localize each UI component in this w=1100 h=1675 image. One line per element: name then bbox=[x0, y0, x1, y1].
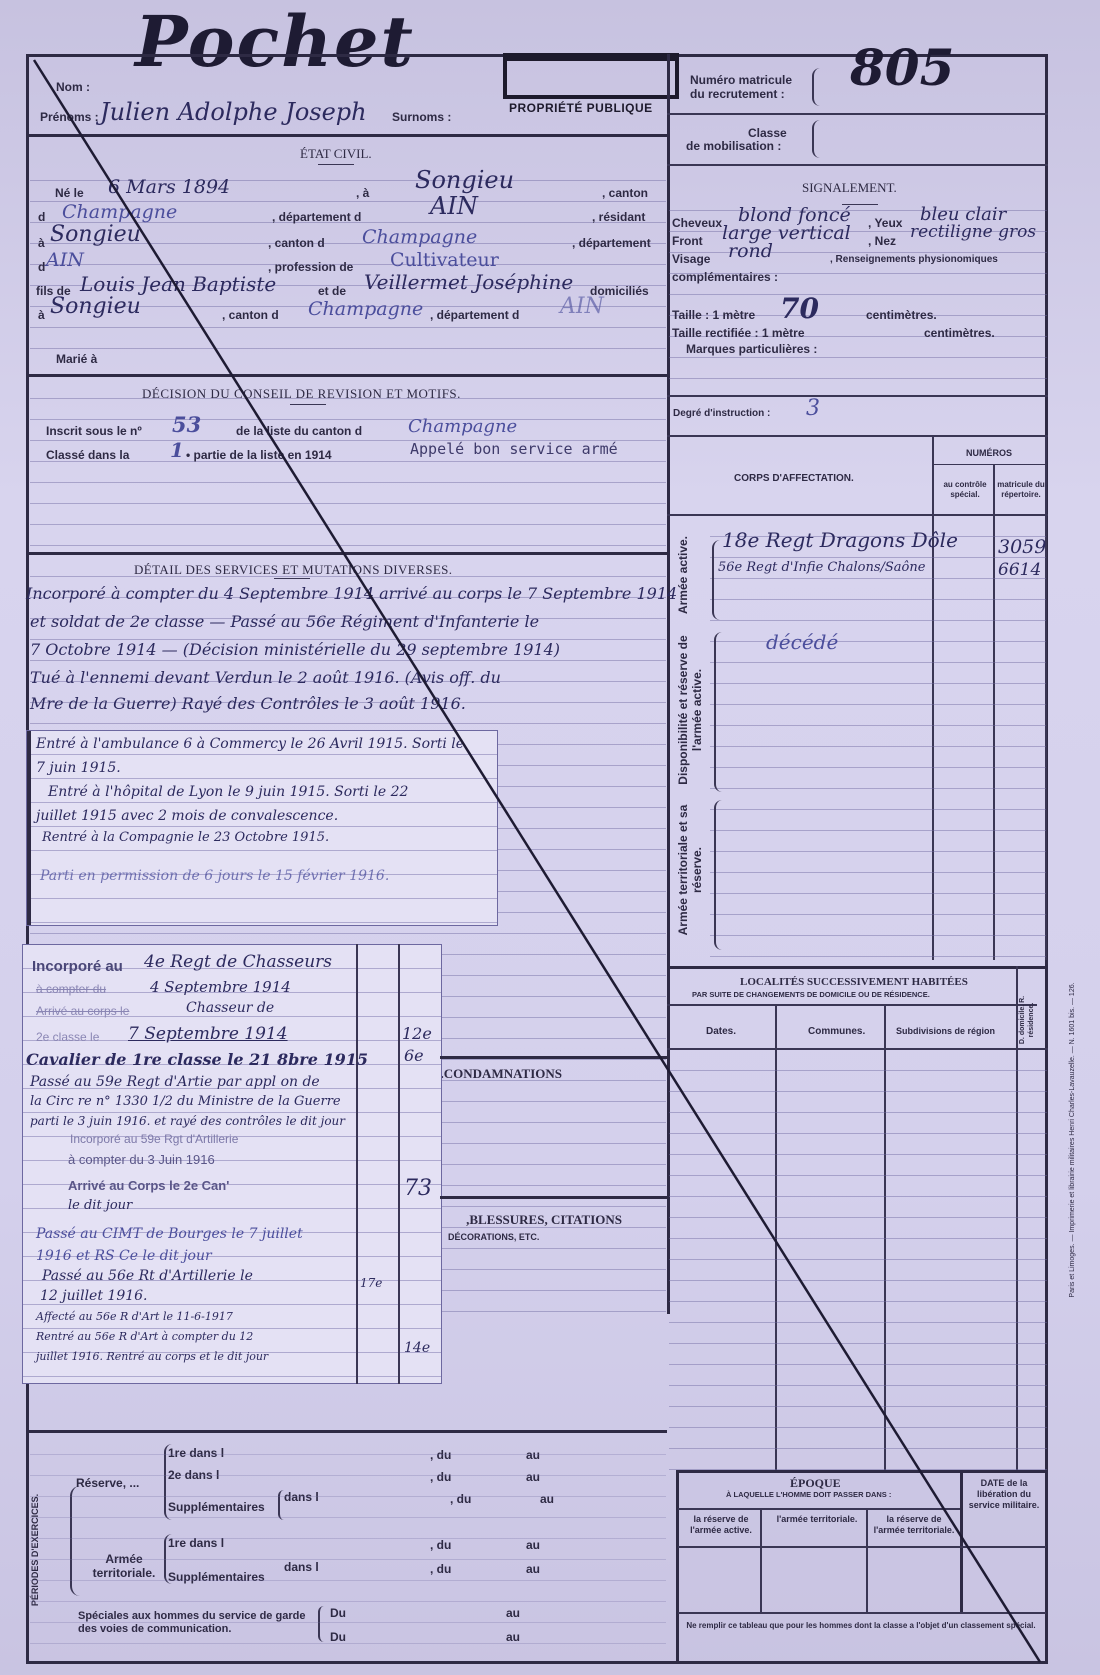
printer-margin-text: Paris et Limoges. — Imprimerie et librai… bbox=[1066, 820, 1080, 1460]
instruction-value: 3 bbox=[806, 396, 820, 421]
slip1-line-5: Rentré à la Compagnie le 23 Octobre 1915… bbox=[42, 830, 329, 845]
matricule-label-1: Numéro matricule bbox=[690, 73, 792, 87]
etat-civil-title: ÉTAT CIVIL. bbox=[300, 146, 372, 162]
slip2-line-12: 12 juillet 1916. bbox=[40, 1288, 148, 1304]
residant-canton-label: , canton d bbox=[268, 236, 325, 250]
blessures-title: BLESSURES, CITATIONS, bbox=[442, 1212, 622, 1228]
slip2-classe-value: 7 Septembre 1914 bbox=[128, 1024, 288, 1044]
epoque-col-1: la réserve de l'armée active. bbox=[684, 1514, 758, 1536]
taille-rectifiee-label: Taille rectifiée : 1 mètre bbox=[672, 326, 805, 340]
slip2-line-11: Passé au 56e Rt d'Artillerie le bbox=[42, 1268, 253, 1284]
services-line-4: Tué à l'ennemi devant Verdun le 2 août 1… bbox=[30, 668, 501, 687]
taille-label: Taille : 1 mètre bbox=[672, 308, 755, 322]
residant-departement-prefix: d bbox=[38, 260, 45, 274]
slip2-line-13: Affecté au 56e R d'Art le 11-6-1917 bbox=[36, 1310, 233, 1323]
residant-label: , résidant bbox=[592, 210, 645, 224]
corps-entry-3: décédé bbox=[766, 630, 838, 654]
domicile-canton-label: , canton d bbox=[222, 308, 279, 322]
nom-label: Nom : bbox=[56, 80, 90, 94]
slip1-line-3: Entré à l'hôpital de Lyon le 9 juin 1915… bbox=[48, 784, 408, 800]
epoque-col-3: la réserve de l'armée territoriale. bbox=[870, 1514, 958, 1536]
inscrit-label: Inscrit sous le nº bbox=[46, 424, 142, 438]
slip2-line-2: Passé au 59e Regt d'Artie par appl on de bbox=[30, 1074, 320, 1090]
slip1-line-6: Parti en permission de 6 jours le 15 fév… bbox=[40, 868, 389, 884]
slip2-col-value-3: 73 bbox=[404, 1176, 432, 1201]
slip2-arrive-label: Arrivé au corps le bbox=[36, 1004, 129, 1018]
slip2-arrive-value: Chasseur de bbox=[186, 1000, 274, 1016]
marie-label: Marié à bbox=[56, 352, 97, 366]
residant-departement-value: AIN bbox=[46, 249, 84, 271]
localites-col-communes: Communes. bbox=[808, 1026, 865, 1037]
epoque-subtitle: À LAQUELLE L'HOMME DOIT PASSER DANS : bbox=[726, 1490, 891, 1499]
surnoms-label: Surnoms : bbox=[392, 110, 451, 124]
slip2-line-9: Passé au CIMT de Bourges le 7 juillet bbox=[36, 1226, 303, 1242]
classe-label-1: Classe bbox=[748, 126, 787, 140]
residant-value: Songieu bbox=[50, 222, 141, 247]
localites-col-dates: Dates. bbox=[706, 1026, 736, 1037]
ne-le-value: 6 Mars 1894 bbox=[108, 176, 230, 198]
domicile-value: Songieu bbox=[50, 294, 141, 319]
domicile-departement-label: , département d bbox=[430, 308, 519, 322]
numeros-title: NUMÉROS bbox=[966, 448, 1012, 458]
profession-value: Cultivateur bbox=[390, 249, 499, 271]
residant-prefix: à bbox=[38, 236, 45, 250]
section-armee-active-label: Armée active. bbox=[676, 525, 690, 625]
domicile-departement-value: AIN bbox=[560, 294, 604, 319]
propriete-publique-stamp: PROPRIÉTÉ PUBLIQUE bbox=[503, 53, 683, 123]
renseignements-label: , Renseignements physionomiques bbox=[830, 254, 998, 265]
ne-le-label: Né le bbox=[55, 186, 84, 200]
a-label: , à bbox=[356, 186, 369, 200]
localites-subtitle: PAR SUITE DE CHANGEMENTS DE DOMICILE OU … bbox=[692, 990, 930, 999]
profession-label: , profession de bbox=[268, 260, 353, 274]
canton-value: Champagne bbox=[62, 201, 177, 223]
services-line-3: 7 Octobre 1914 — (Décision ministérielle… bbox=[30, 640, 560, 659]
slip2-line-15: juillet 1916. Rentré au corps et le dit … bbox=[36, 1350, 268, 1363]
signalement-title: SIGNALEMENT. bbox=[802, 180, 897, 196]
corps-affectation-title: CORPS D'AFFECTATION. bbox=[734, 473, 854, 484]
epoque-footnote: Ne remplir ce tableau que pour les homme… bbox=[686, 1620, 1036, 1631]
yeux-label: , Yeux bbox=[868, 216, 902, 230]
classe-dans-value: 1 bbox=[170, 438, 184, 462]
services-line-5: Mre de la Guerre) Rayé des Contrôles le … bbox=[30, 694, 466, 713]
taille-value: 70 bbox=[780, 292, 819, 325]
classe-label-2: de mobilisation : bbox=[686, 139, 781, 153]
taille-rectifiee-unit: centimètres. bbox=[924, 326, 995, 340]
slip2-col-value-5: 14e bbox=[404, 1340, 430, 1356]
prenoms-label: Prénoms : bbox=[40, 110, 99, 124]
matricule-value: 805 bbox=[850, 38, 954, 97]
col-matricule-header: matricule du répertoire. bbox=[996, 480, 1046, 500]
slip2-line-14: Rentré au 56e R d'Art à compter du 12 bbox=[36, 1330, 253, 1343]
cheveux-label: Cheveux bbox=[672, 216, 722, 230]
registre-matricule-page: Pochet Nom : Prénoms : Julien Adolphe Jo… bbox=[0, 0, 1100, 1675]
prenoms-value: Julien Adolphe Joseph bbox=[100, 98, 367, 126]
slip2-incorpore-value: 4e Regt de Chasseurs bbox=[144, 952, 332, 972]
slip1-line-2: 7 juin 1915. bbox=[36, 760, 121, 776]
slip2-line-6: à compter du 3 Juin 1916 bbox=[68, 1152, 215, 1167]
visage-value: rond bbox=[728, 240, 773, 262]
slip2-col-value-2: 6e bbox=[404, 1046, 424, 1065]
slip2-line-4: parti le 3 juin 1916. et rayé des contrô… bbox=[30, 1114, 345, 1128]
domicile-canton-value: Champagne bbox=[308, 298, 423, 320]
liste-label: de la liste du canton d bbox=[236, 424, 362, 438]
slip2-a-compter-value: 4 Septembre 1914 bbox=[150, 978, 291, 996]
pere-value: Louis Jean Baptiste bbox=[80, 272, 276, 296]
section-disponibilite-label: Disponibilité et réserve de l'armée acti… bbox=[676, 630, 710, 790]
col-controle-header: au contrôle spécial. bbox=[938, 480, 992, 500]
slip2-line-5: Incorporé au 59e Rgt d'Artillerie bbox=[70, 1132, 238, 1146]
domicile-prefix: à bbox=[38, 308, 45, 322]
front-label: Front bbox=[672, 234, 703, 248]
classe-dans-label: Classé dans la bbox=[46, 448, 129, 462]
inscrit-value: 53 bbox=[172, 412, 201, 437]
nez-label: , Nez bbox=[868, 234, 896, 248]
slip2-col-value-1: 12e bbox=[402, 1024, 432, 1043]
partie-label: • partie de la liste en 1914 bbox=[186, 448, 332, 462]
slip2-col-value-4: 17e bbox=[360, 1276, 382, 1290]
slip1-line-1: Entré à l'ambulance 6 à Commercy le 26 A… bbox=[36, 736, 464, 752]
localites-col-subdivisions: Subdivisions de région bbox=[896, 1026, 995, 1036]
slip2-a-compter-label: à compter du bbox=[36, 982, 106, 996]
slip2-line-1: Cavalier de 1re classe le 21 8bre 1915 bbox=[26, 1050, 368, 1069]
slip2-line-10: 1916 et RS Ce le dit jour bbox=[36, 1248, 212, 1264]
canton-label: , canton bbox=[602, 186, 648, 200]
a-value: Songieu bbox=[415, 166, 514, 194]
residant-departement-label: , département bbox=[572, 236, 651, 250]
marques-label: Marques particulières : bbox=[686, 342, 817, 356]
residant-canton-value: Champagne bbox=[362, 226, 477, 248]
classe-note: Appelé bon service armé bbox=[410, 440, 618, 458]
blessures-subtitle: DÉCORATIONS, ETC. bbox=[448, 1232, 539, 1242]
slip2-line-8: le dit jour bbox=[68, 1198, 132, 1213]
epoque-col-4: DATE de la libération du service militai… bbox=[964, 1478, 1044, 1511]
canton-prefix: d bbox=[38, 210, 45, 224]
liste-value: Champagne bbox=[408, 416, 517, 437]
taille-unit: centimètres. bbox=[866, 308, 937, 322]
nez-value: rectiligne gros bbox=[910, 222, 1036, 242]
services-line-1: Incorporé à compter du 4 Septembre 1914 … bbox=[26, 584, 677, 603]
mere-value: Veillermet Joséphine bbox=[364, 270, 573, 294]
visage-label: Visage bbox=[672, 252, 710, 266]
numero-entry-1: 3059 bbox=[998, 536, 1046, 558]
localites-title: LOCALITÉS SUCCESSIVEMENT HABITÉES bbox=[740, 976, 968, 988]
matricule-label-2: du recrutement : bbox=[690, 87, 785, 101]
decision-title: DÉCISION DU CONSEIL DE REVISION ET MOTIF… bbox=[142, 386, 461, 402]
epoque-title: ÉPOQUE bbox=[790, 1476, 841, 1491]
slip2-classe-label: 2e classe le bbox=[36, 1030, 99, 1044]
numero-entry-2: 6614 bbox=[998, 560, 1041, 580]
corps-entry-2: 56e Regt d'Infie Chalons/Saône bbox=[718, 560, 925, 575]
slip2-incorpore-label: Incorporé au bbox=[32, 958, 123, 975]
condamnations-title: CONDAMNATIONS. bbox=[442, 1066, 562, 1082]
complementaires-label: complémentaires : bbox=[672, 270, 778, 284]
corps-entry-1: 18e Regt Dragons Dôle bbox=[722, 528, 958, 552]
slip2-line-3: la Circ re n° 1330 1/2 du Ministre de la… bbox=[30, 1094, 341, 1109]
departement-value: AIN bbox=[430, 192, 478, 220]
services-line-2: et soldat de 2e classe — Passé au 56e Ré… bbox=[30, 612, 539, 631]
instruction-label: Degré d'instruction : bbox=[673, 408, 770, 419]
epoque-col-2: l'armée territoriale. bbox=[772, 1514, 862, 1525]
section-territoriale-label: Armée territoriale et sa réserve. bbox=[676, 800, 710, 940]
slip1-line-4: juillet 1915 avec 2 mois de convalescenc… bbox=[36, 808, 338, 824]
departement-label: , département d bbox=[272, 210, 361, 224]
services-title: DÉTAIL DES SERVICES ET MUTATIONS DIVERSE… bbox=[134, 562, 452, 578]
et-de-label: et de bbox=[318, 284, 346, 298]
slip2-line-7: Arrivé au Corps le 2e Can' bbox=[68, 1178, 229, 1193]
